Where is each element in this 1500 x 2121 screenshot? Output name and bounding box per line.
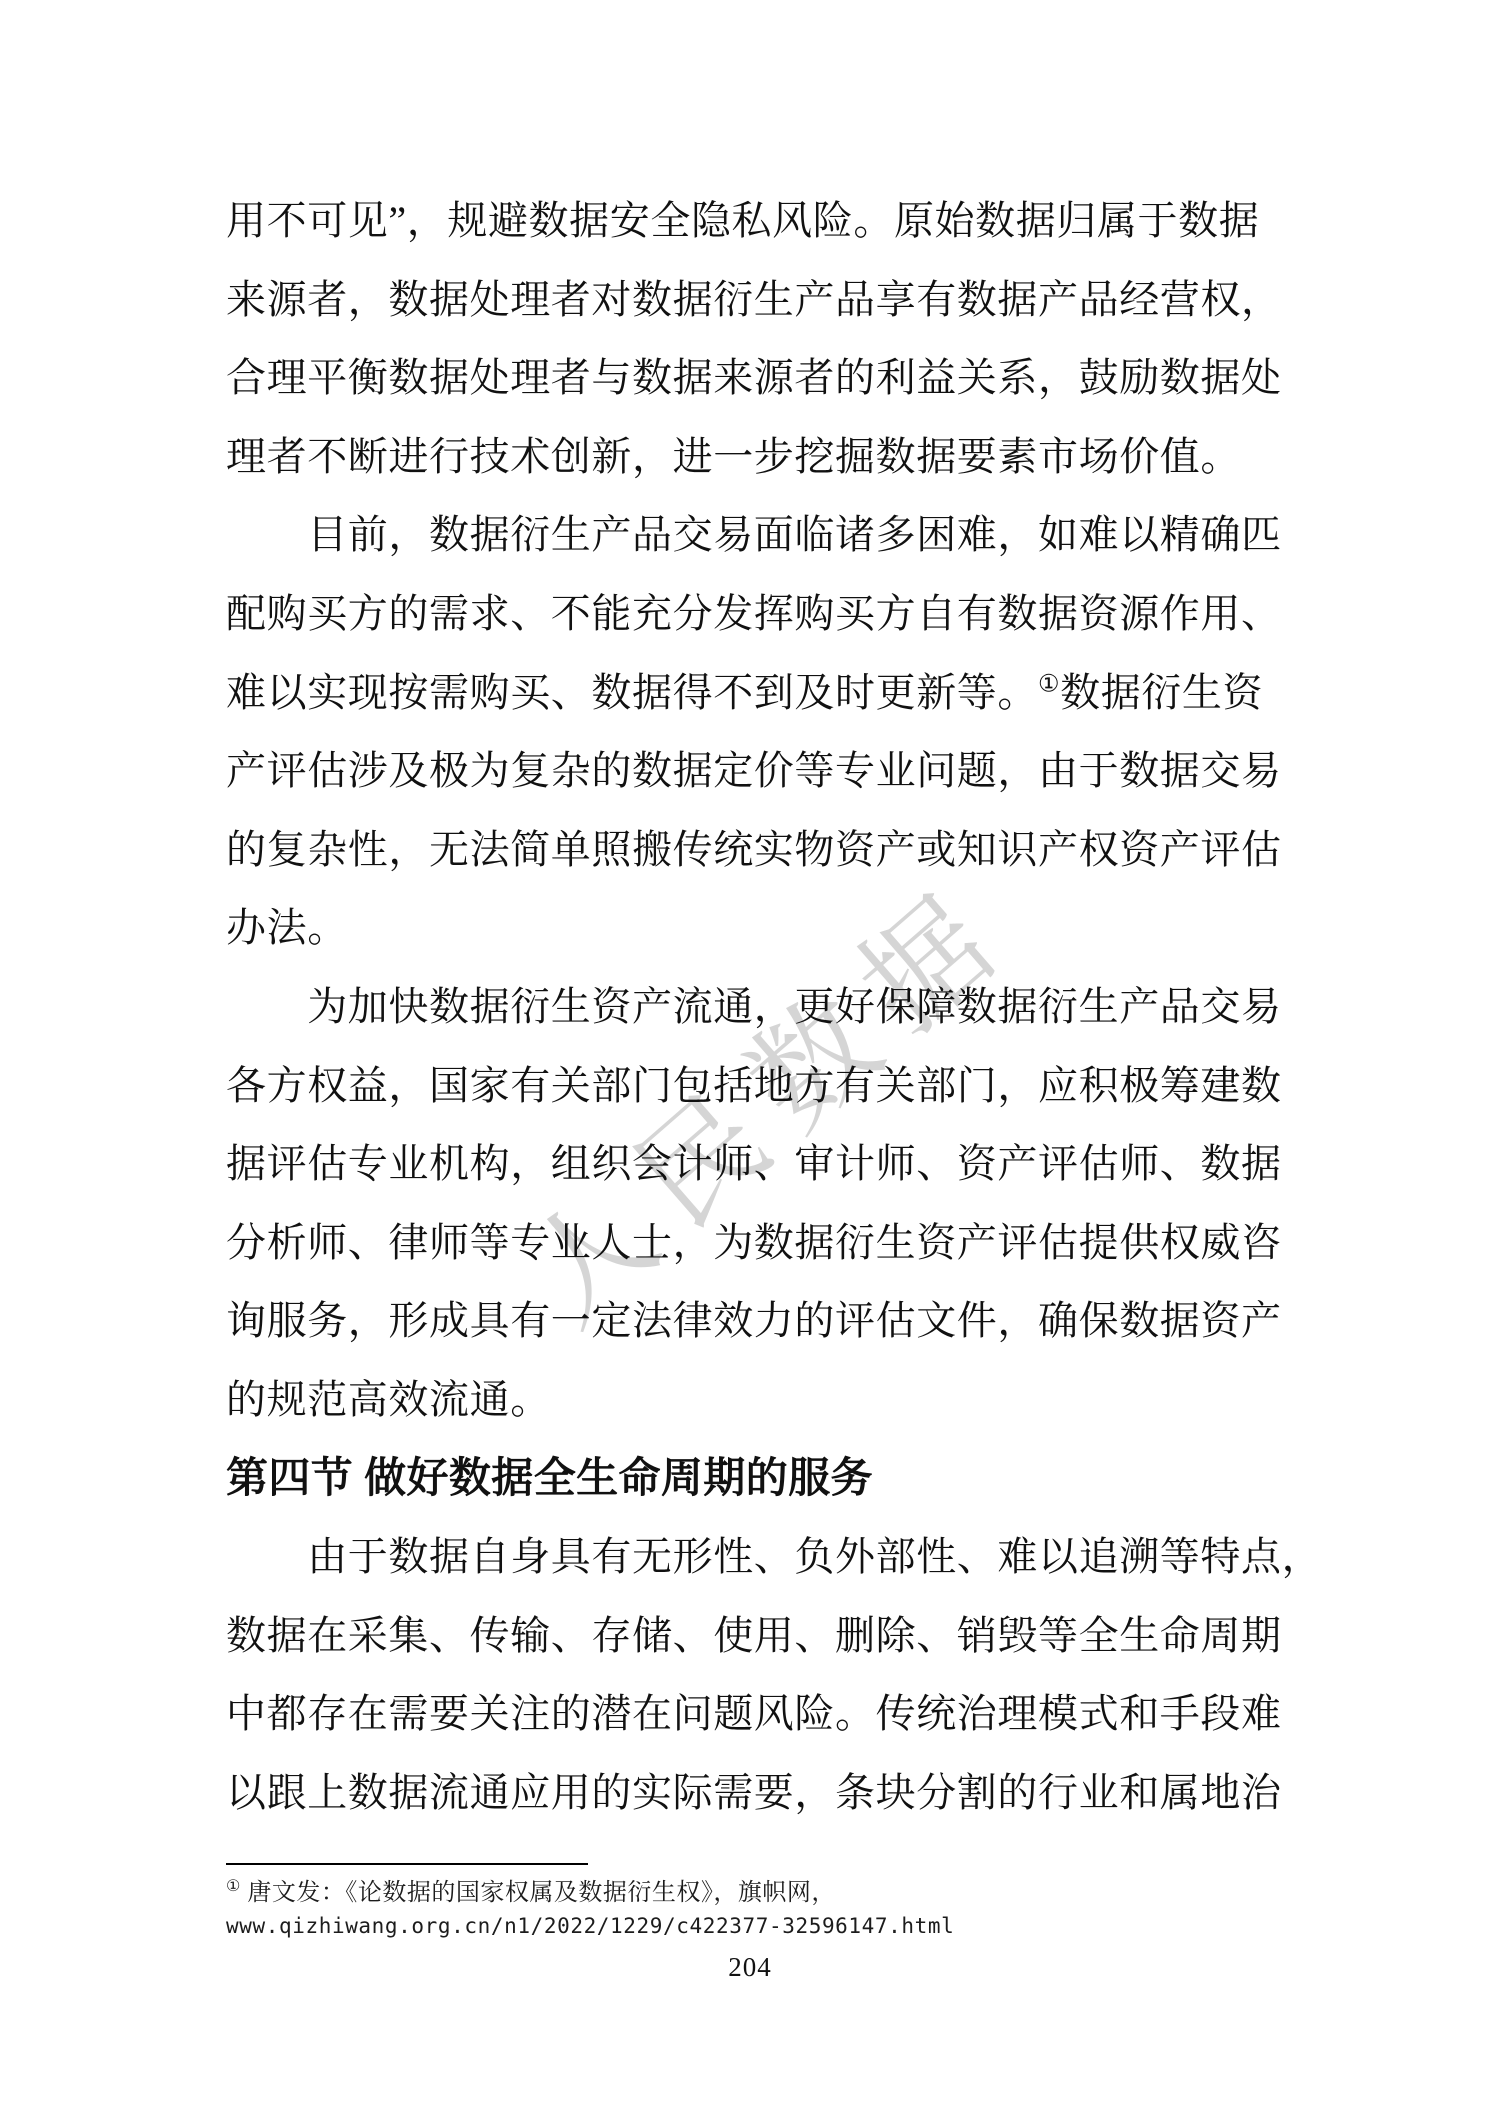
text-line-9: 的复杂性，无法简单照搬传统实物资产或知识产权资产评估: [226, 811, 1284, 890]
text-line-14: 分析师、律师等专业人士，为数据衍生资产评估提供权威咨: [226, 1204, 1284, 1283]
text-line-20: 中都存在需要关注的潜在问题风险。传统治理模式和手段难: [226, 1675, 1284, 1754]
page-number: 204: [0, 1952, 1500, 1983]
footnote: ① 唐文发：《论数据的国家权属及数据衍生权》，旗帜网， www.qizhiwan…: [226, 1876, 1296, 1943]
text-line-18: 由于数据自身具有无形性、负外部性、难以追溯等特点，: [226, 1518, 1284, 1597]
body-text: 用不可见”，规避数据安全隐私风险。原始数据归属于数据来源者，数据处理者对数据衍生…: [226, 182, 1284, 1832]
footnote-url: www.qizhiwang.org.cn/n1/2022/1229/c42237…: [226, 1910, 1296, 1943]
text-line-19: 数据在采集、传输、存储、使用、删除、销毁等全生命周期: [226, 1597, 1284, 1676]
section-heading: 第四节 做好数据全生命周期的服务: [226, 1440, 1284, 1519]
text-line-4: 理者不断进行技术创新，进一步挖掘数据要素市场价值。: [226, 418, 1284, 497]
text-line-2: 来源者，数据处理者对数据衍生产品享有数据产品经营权，: [226, 261, 1284, 340]
text-line-5: 目前，数据衍生产品交易面临诸多困难，如难以精确匹: [226, 496, 1284, 575]
text-line-16: 的规范高效流通。: [226, 1361, 1284, 1440]
text-line-6: 配购买方的需求、不能充分发挥购买方自有数据资源作用、: [226, 575, 1284, 654]
text-line-13: 据评估专业机构，组织会计师、审计师、资产评估师、数据: [226, 1125, 1284, 1204]
text-line-12: 各方权益，国家有关部门包括地方有关部门，应积极筹建数: [226, 1047, 1284, 1126]
text-line-8: 产评估涉及极为复杂的数据定价等专业问题，由于数据交易: [226, 732, 1284, 811]
text-line-7: 难以实现按需购买、数据得不到及时更新等。①数据衍生资: [226, 654, 1284, 733]
text-line-11: 为加快数据衍生资产流通，更好保障数据衍生产品交易: [226, 968, 1284, 1047]
text-line-3: 合理平衡数据处理者与数据来源者的利益关系，鼓励数据处: [226, 339, 1284, 418]
text-line-15: 询服务，形成具有一定法律效力的评估文件，确保数据资产: [226, 1282, 1284, 1361]
text-line-1: 用不可见”，规避数据安全隐私风险。原始数据归属于数据: [226, 182, 1284, 261]
footnote-separator: [226, 1863, 588, 1865]
document-page: 人民数据 用不可见”，规避数据安全隐私风险。原始数据归属于数据来源者，数据处理者…: [0, 0, 1500, 2121]
text-line-21: 以跟上数据流通应用的实际需要，条块分割的行业和属地治: [226, 1754, 1284, 1833]
text-line-10: 办法。: [226, 889, 1284, 968]
footnote-citation: ① 唐文发：《论数据的国家权属及数据衍生权》，旗帜网，: [226, 1876, 1296, 1910]
